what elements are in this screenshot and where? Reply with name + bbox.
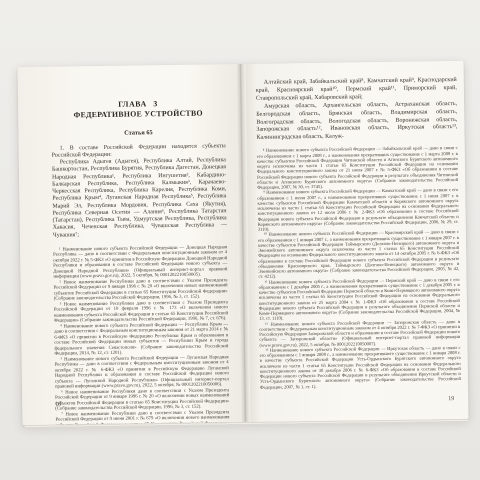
footnote: ¹² Наименование нового субъекта Российск… [259, 318, 460, 347]
republics-list-paragraph: Республика Адыгея (Адыгея), Республика А… [52, 157, 227, 239]
krais-list-paragraph: Алтайский край, Забайкальский край⁸, Кам… [256, 77, 457, 104]
left-page: ГЛАВА 3 ФЕДЕРАТИВНОЕ УСТРОЙСТВО Статья 6… [18, 64, 241, 425]
footnotes-left: ¹ Наименование нового субъекта Российско… [53, 245, 230, 425]
footnotes-right: ⁸ Наименование нового субъекта Российско… [257, 145, 461, 389]
footnote: ⁵ Наименование нового субъекта Российско… [55, 355, 229, 390]
footnote: ⁸ Наименование нового субъекта Российско… [257, 145, 459, 190]
footnote: ⁷ Новое наименование Республики дано в с… [55, 410, 229, 425]
oblasts-list-paragraph: Амурская область, Архангельская область,… [256, 101, 458, 143]
page-number: 18 [55, 402, 61, 408]
footnote: ² Новое наименование Республики дано в с… [54, 278, 228, 302]
article-heading: Статья 65 [51, 128, 225, 137]
book-photo: ГЛАВА 3 ФЕДЕРАТИВНОЕ УСТРОЙСТВО Статья 6… [0, 0, 480, 480]
page-number: 19 [448, 396, 454, 402]
chapter-title: ФЕДЕРАТИВНОЕ УСТРОЙСТВО [51, 108, 225, 120]
footnote: ⁹ Наименование нового субъекта Российско… [257, 187, 459, 232]
footnote: ⁴ Наименование нового субъекта Российско… [54, 322, 228, 357]
footnote: ⁶ Новое наименование Республики дано в с… [55, 388, 229, 412]
footnote: ³ Новое наименование Республики дано в с… [54, 300, 228, 324]
right-page: Алтайский край, Забайкальский край⁸, Кам… [246, 61, 469, 422]
footnote: ¹³ Наименование нового субъекта Российск… [259, 345, 461, 390]
footnote: ¹ Наименование нового субъекта Российско… [53, 245, 227, 280]
footnote: ¹⁰ Наименование нового субъекта Российск… [258, 229, 460, 279]
footnote: ¹¹ Наименование нового субъекта Российск… [259, 276, 461, 321]
open-book: ГЛАВА 3 ФЕДЕРАТИВНОЕ УСТРОЙСТВО Статья 6… [18, 61, 469, 425]
